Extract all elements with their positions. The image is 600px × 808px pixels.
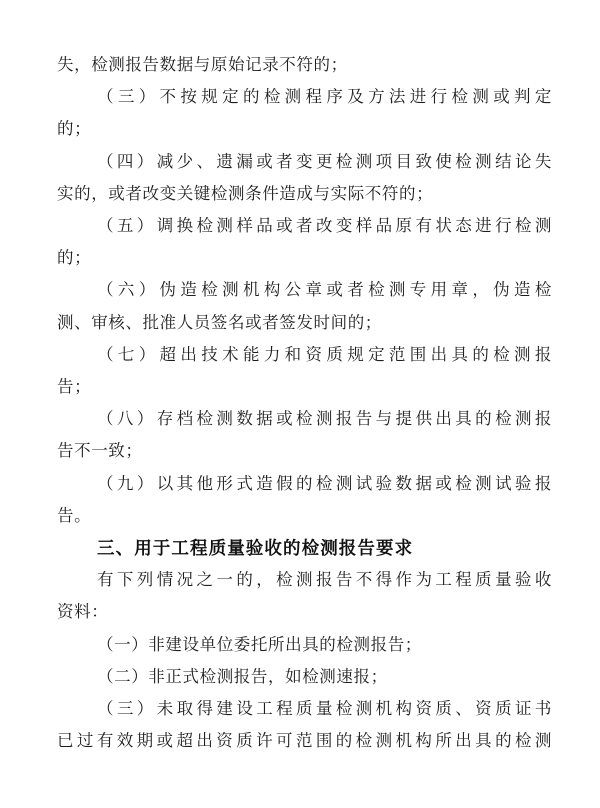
doc-line: 已过有效期或超出资质许可范围的检测机构所出具的检测 (57, 725, 552, 757)
doc-line: 的； (57, 242, 552, 274)
document-text-block: 失，检测报告数据与原始记录不符的； （三）不按规定的检测程序及方法进行检测或判定… (57, 49, 552, 757)
doc-line: 有下列情况之一的，检测报告不得作为工程质量验收 (57, 564, 552, 596)
doc-line: 告； (57, 371, 552, 403)
doc-line: 告不一致； (57, 435, 552, 467)
document-page: 失，检测报告数据与原始记录不符的； （三）不按规定的检测程序及方法进行检测或判定… (0, 0, 600, 808)
doc-line: （二）非正式检测报告，如检测速报； (57, 661, 552, 693)
doc-line: （三）未取得建设工程质量检测机构资质、资质证书 (57, 693, 552, 725)
doc-line: 失，检测报告数据与原始记录不符的； (57, 49, 552, 81)
doc-line: （七）超出技术能力和资质规定范围出具的检测报 (57, 339, 552, 371)
section-heading: 三、用于工程质量验收的检测报告要求 (57, 532, 552, 564)
doc-line: （六）伪造检测机构公章或者检测专用章，伪造检 (57, 274, 552, 306)
doc-line: （五）调换检测样品或者改变样品原有状态进行检测 (57, 210, 552, 242)
doc-line: （一）非建设单位委托所出具的检测报告； (57, 629, 552, 661)
doc-line: （三）不按规定的检测程序及方法进行检测或判定 (57, 81, 552, 113)
doc-line: 资料： (57, 596, 552, 628)
doc-line: 测、审核、批准人员签名或者签发时间的； (57, 307, 552, 339)
doc-line: 实的，或者改变关键检测条件造成与实际不符的； (57, 178, 552, 210)
doc-line: （八）存档检测数据或检测报告与提供出具的检测报 (57, 403, 552, 435)
doc-line: 告。 (57, 500, 552, 532)
doc-line: 的； (57, 113, 552, 145)
doc-line: （九）以其他形式造假的检测试验数据或检测试验报 (57, 468, 552, 500)
doc-line: （四）减少、遗漏或者变更检测项目致使检测结论失 (57, 146, 552, 178)
